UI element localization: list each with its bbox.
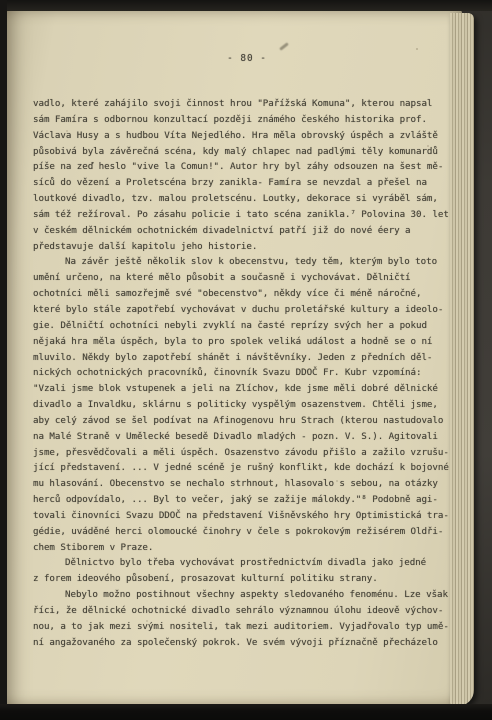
paragraph: vadlo, které zahájilo svoji činnost hrou… <box>33 96 457 254</box>
text-line: Nebylo možno postihnout všechny aspekty … <box>33 587 457 603</box>
text-line: jící představení. ... V jedné scéně je r… <box>33 460 457 476</box>
text-line: síců do vězení a Proletscéna brzy zanikl… <box>33 175 457 191</box>
text-line: na Malé Straně v Umělecké besedě Divadlo… <box>33 429 457 445</box>
paragraph: Nebylo možno postihnout všechny aspekty … <box>33 587 457 650</box>
text-line: nou, a to jak mezi svými nositeli, tak m… <box>33 619 457 635</box>
text-line: aby celý závod se šel podívat na Afinoge… <box>33 413 457 429</box>
text-line: sám též režíroval. Po zásahu policie i t… <box>33 207 457 223</box>
text-line: loutkové divadlo, tzv. malou proletscénu… <box>33 191 457 207</box>
paragraph: Dělnictvo bylo třeba vychovávat prostřed… <box>33 555 457 587</box>
text-line: působivá byla závěrečná scéna, kdy malý … <box>33 144 457 160</box>
text-line: gédie, uváděné herci olomoucké činohry v… <box>33 524 457 540</box>
text-line: chem Stiborem v Praze. <box>33 540 457 556</box>
book-page: - 80 - vadlo, které zahájilo svoji činno… <box>6 10 462 706</box>
page-edge-stack <box>450 13 474 706</box>
text-line: Dělnictvo bylo třeba vychovávat prostřed… <box>33 555 457 571</box>
scanned-book-photo: - 80 - vadlo, které zahájilo svoji činno… <box>0 0 492 720</box>
text-line: mu hlasování. Obecenstvo se nechalo strh… <box>33 476 457 492</box>
text-line: píše na zeď heslo "vive la Comun!". Auto… <box>33 159 457 175</box>
left-scan-shadow <box>0 0 7 720</box>
text-line: ní angažovaného za společenský pokrok. V… <box>33 635 457 651</box>
text-line: Václava Husy a s hudbou Víta Nejedlého. … <box>33 128 457 144</box>
text-line: divadlo a Invaldku, sklárnu s politicky … <box>33 397 457 413</box>
text-block: vadlo, které zahájilo svoji činnost hrou… <box>33 96 457 651</box>
text-line: umění určeno, na které mělo působit a so… <box>33 270 457 286</box>
text-line: vadlo, které zahájilo svoji činnost hrou… <box>33 96 457 112</box>
top-scan-shadow <box>0 0 492 11</box>
text-line: tovali činovníci Svazu DDOČ na představe… <box>33 508 457 524</box>
text-line: nických ochotnických pracovníků, činovní… <box>33 365 457 381</box>
text-line: herců odpovídalo, ... Byl to večer, jaký… <box>33 492 457 508</box>
text-line: říci, že dělnické ochotnické divadlo seh… <box>33 603 457 619</box>
text-line: "Vzali jsme blok vstupenek a jeli na Zlí… <box>33 381 457 397</box>
bottom-scan-shadow <box>0 704 492 720</box>
text-line: jsme, přesvědčovali a měli úspěch. Osaze… <box>33 445 457 461</box>
text-line: z forem ideového působení, prosazovat ku… <box>33 571 457 587</box>
text-line: Na závěr ještě několik slov k obecenstvu… <box>33 254 457 270</box>
page-number: - 80 - <box>6 53 462 64</box>
text-line: gie. Dělničtí ochotníci nebyli zvyklí na… <box>33 318 457 334</box>
text-line: mluvilo. Někdy bylo zapotřebí shánět i n… <box>33 350 457 366</box>
text-line: sám Famíra s odbornou konzultací později… <box>33 112 457 128</box>
paragraph: Na závěr ještě několik slov k obecenstvu… <box>33 254 457 555</box>
text-line: v českém dělnickém ochotnickém divadelni… <box>33 223 457 239</box>
text-line: které bylo stále zapotřebí vychovávat v … <box>33 302 457 318</box>
text-line: ochotníci měli samozřejmě své "obecenstv… <box>33 286 457 302</box>
text-line: představuje další kapitolu jeho historie… <box>33 239 457 255</box>
text-line: nějaká hra měla úspěch, byla to pro spol… <box>33 334 457 350</box>
